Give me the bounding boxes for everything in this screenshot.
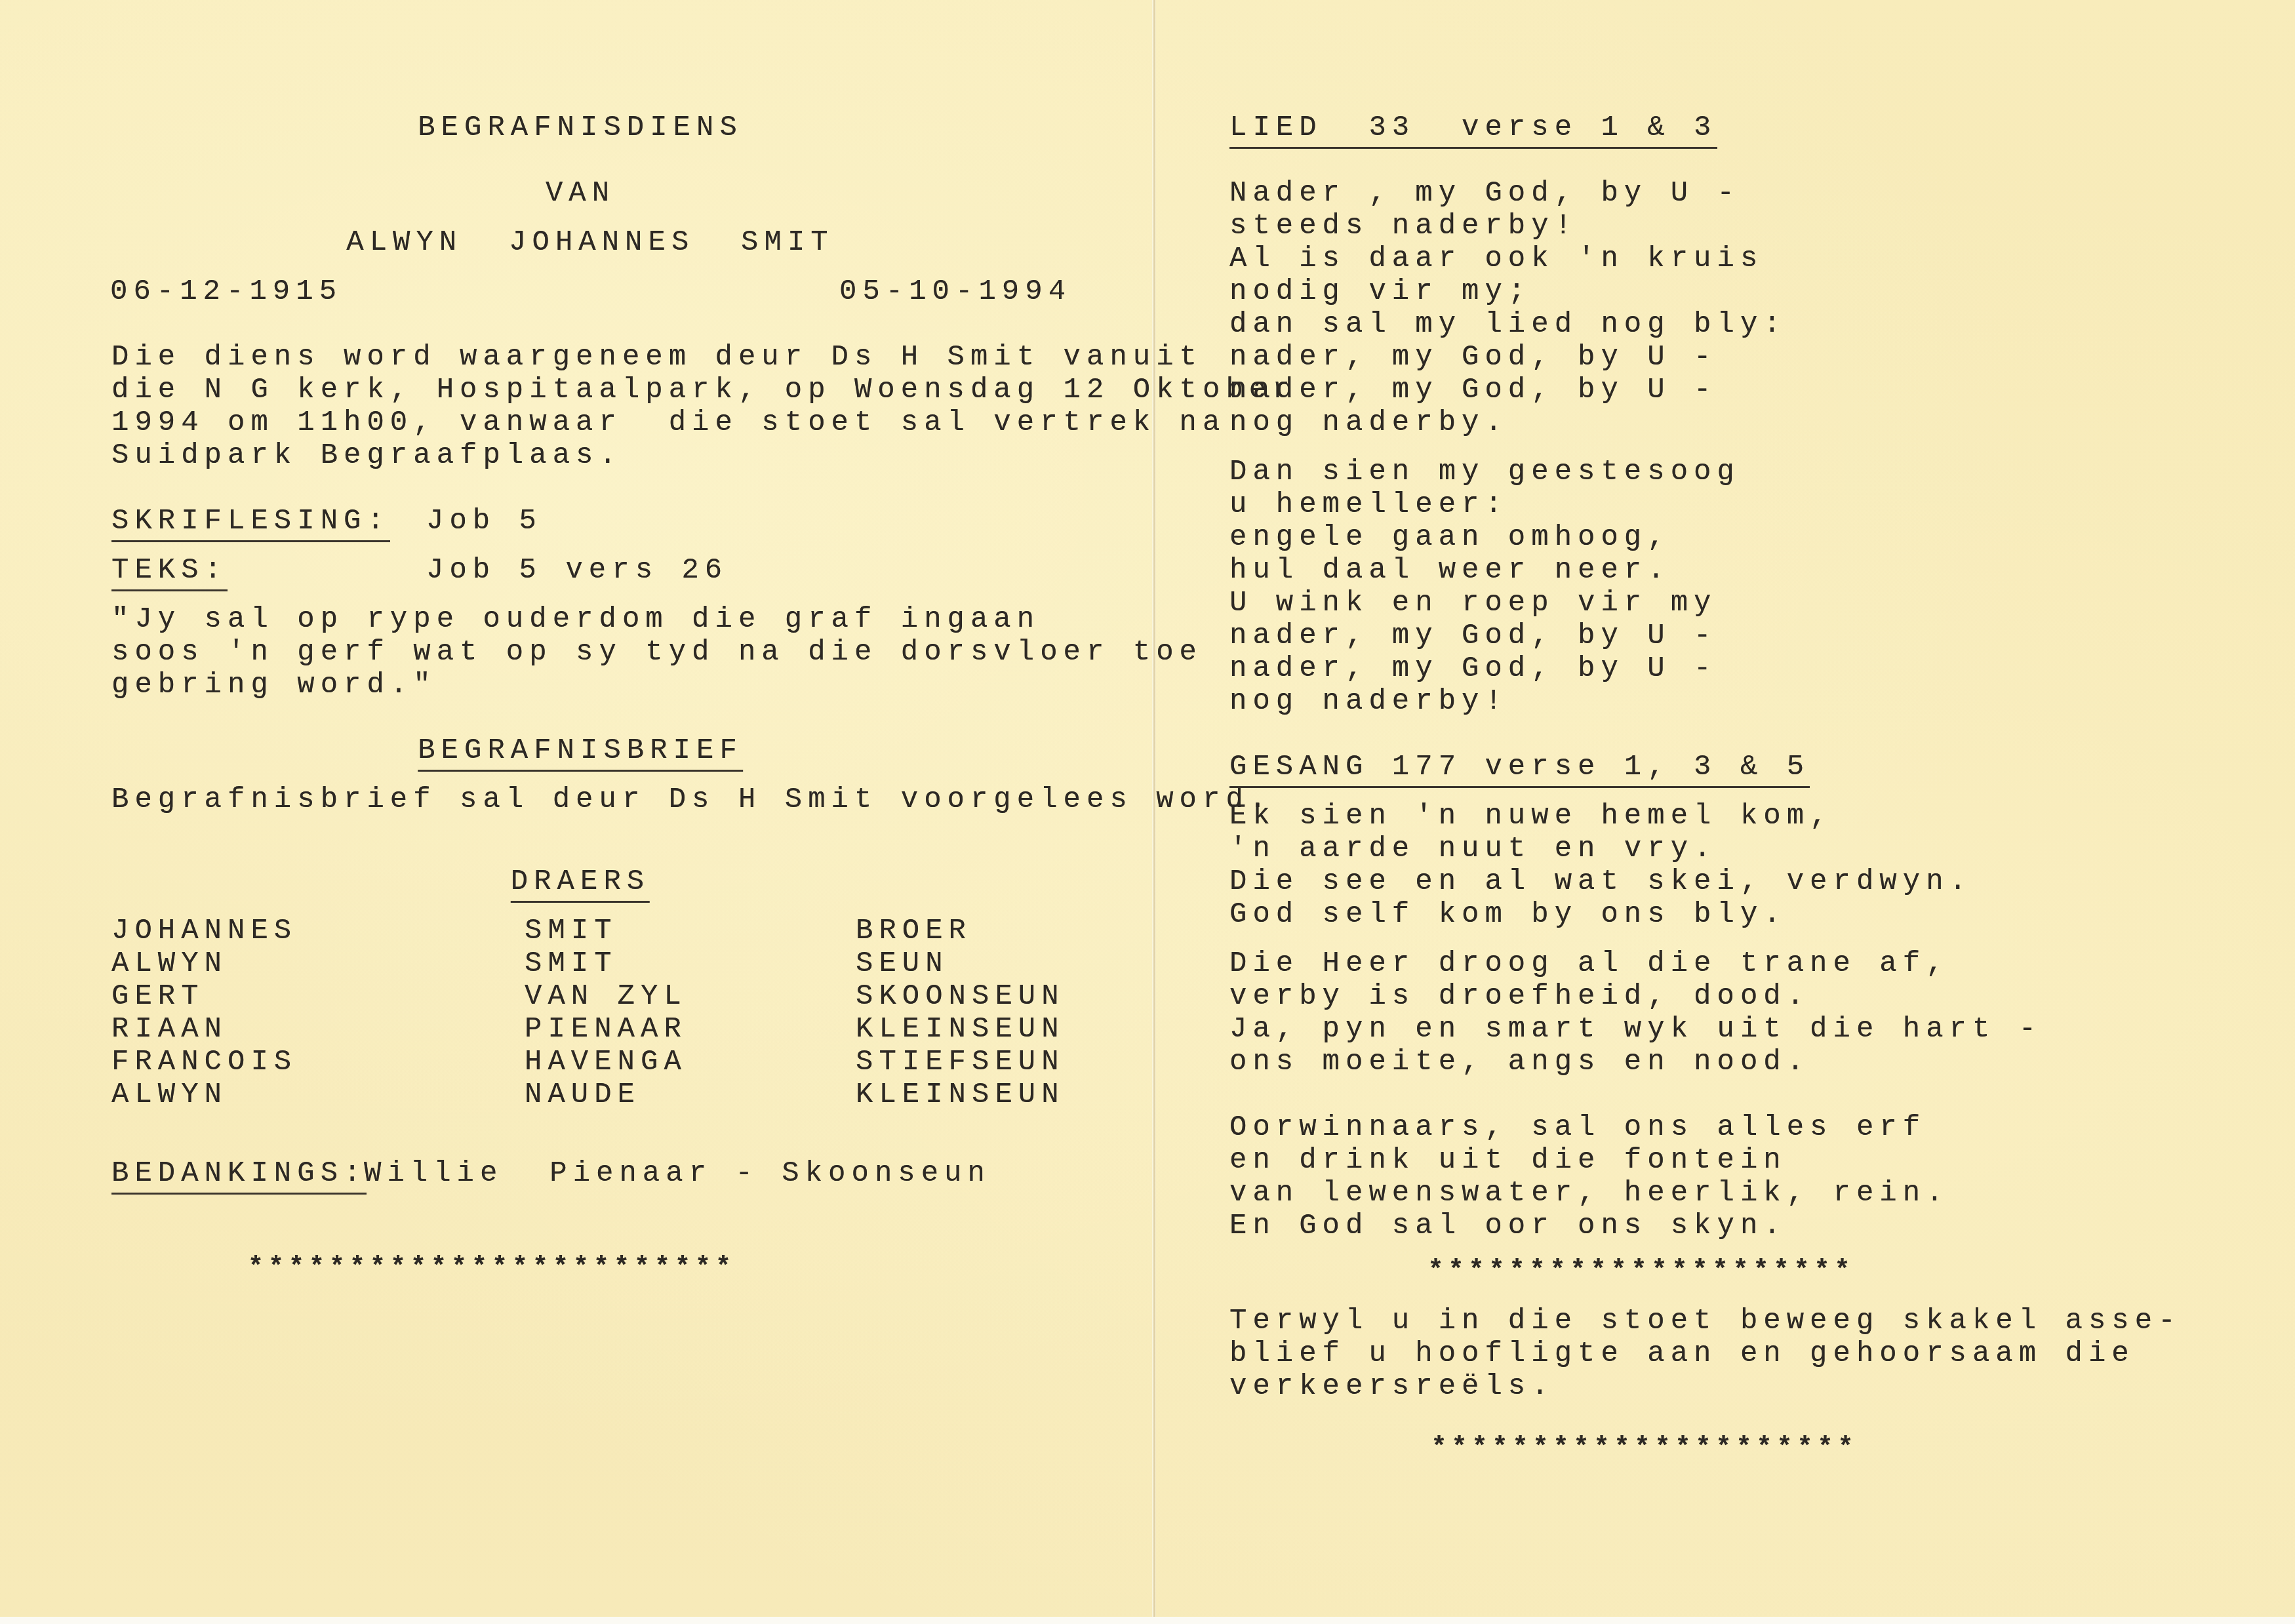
lyric-line: 'n aarde nuut en vry. [1229,833,1717,865]
lyric-line: Nader , my God, by U - [1229,177,1740,210]
program-title: BEGRAFNISDIENS [418,111,743,144]
draers-heading: DRAERS [511,865,650,903]
lyric-line: nader, my God, by U - [1229,652,1717,685]
bedankings-label: BEDANKINGS: [111,1157,367,1195]
deceased-name: ALWYN JOHANNES SMIT [346,226,834,259]
right-page: LIED 33 verse 1 & 3 Nader , my God, by U… [1156,0,2295,1617]
gesang-heading: GESANG 177 verse 1, 3 & 5 [1229,751,1810,788]
lyric-line: hul daal weer neer. [1229,554,1671,587]
lyric-line: engele gaan omhoog, [1229,521,1671,554]
lyric-line: Oorwinnaars, sal ons alles erf [1229,1111,1926,1144]
death-date: 05-10-1994 [839,275,1071,308]
paragraph-line: Die diens word waargeneem deur Ds H Smit… [111,341,1203,374]
lyric-line: Dan sien my geestesoog [1229,456,1740,488]
pallbearer-surname: HAVENGA [525,1046,687,1079]
pallbearer-relation: SKOONSEUN [856,980,1065,1013]
lyric-line: nader, my God, by U - [1229,341,1717,374]
lied-heading: LIED 33 verse 1 & 3 [1229,111,1717,149]
pallbearer-surname: SMIT [525,947,618,980]
lyric-line: Ek sien 'n nuwe hemel kom, [1229,800,1833,833]
pallbearer-relation: KLEINSEUN [856,1013,1065,1046]
van-label: VAN [546,177,615,210]
pallbearer-surname: PIENAAR [525,1013,687,1046]
teks-value: Job 5 vers 26 [426,554,728,587]
pallbearer-first-name: GERT [111,980,205,1013]
lyric-line: en drink uit die fontein [1229,1144,1787,1177]
lyric-line: Die see en al wat skei, verdwyn. [1229,865,1972,898]
lyric-line: nog naderby! [1229,685,1508,718]
skriflesing-label: SKRIFLESING: [111,505,390,542]
lyric-line: Ja, pyn en smart wyk uit die hart - [1229,1013,2042,1046]
paragraph-line: Suidpark Begraafplaas. [111,439,622,472]
note-line: verkeersreëls. [1229,1370,1555,1403]
pallbearer-first-name: ALWYN [111,947,228,980]
lyric-line: Al is daar ook 'n kruis [1229,243,1763,275]
begrafnisbrief-text: Begrafnisbrief sal deur Ds H Smit voorge… [111,783,1272,816]
lyric-line: God self kom by ons bly. [1229,898,1787,931]
lyric-line: ons moeite, angs en nood. [1229,1046,1810,1079]
paragraph-line: 1994 om 11h00, vanwaar die stoet sal ver… [111,406,1226,439]
lyric-line: u hemelleer: [1229,488,1508,521]
lyric-line: steeds naderby! [1229,210,1578,243]
pallbearer-surname: NAUDE [525,1079,641,1111]
lyric-line: dan sal my lied nog bly: [1229,308,1787,341]
bedankings-value: Willie Pienaar - Skoonseun [364,1157,991,1190]
lyric-line: nader, my God, by U - [1229,374,1717,406]
note-line: Terwyl u in die stoet beweeg skakel asse… [1229,1305,2182,1337]
lyric-line: U wink en roep vir my [1229,587,1717,620]
left-page: BEGRAFNISDIENS VAN ALWYN JOHANNES SMIT 0… [0,0,1152,1617]
quote-line: "Jy sal op rype ouderdom die graf ingaan [111,603,1040,636]
skriflesing-value: Job 5 [426,505,542,538]
quote-line: soos 'n gerf wat op sy tyd na die dorsvl… [111,636,1203,669]
pallbearer-relation: KLEINSEUN [856,1079,1065,1111]
pallbearer-surname: SMIT [525,915,618,947]
divider-stars: ********************* [1431,1433,1858,1465]
pallbearer-first-name: ALWYN [111,1079,228,1111]
pallbearer-relation: SEUN [856,947,949,980]
lyric-line: verby is droefheid, dood. [1229,980,1810,1013]
note-line: blief u hoofligte aan en gehoorsaam die [1229,1337,2135,1370]
pallbearer-relation: STIEFSEUN [856,1046,1065,1079]
pallbearer-first-name: RIAAN [111,1013,228,1046]
pallbearer-surname: VAN ZYL [525,980,687,1013]
lyric-line: En God sal oor ons skyn. [1229,1210,1787,1242]
paragraph-line: die N G kerk, Hospitaalpark, op Woensdag… [111,374,1296,406]
lyric-line: van lewenswater, heerlik, rein. [1229,1177,1949,1210]
divider-stars: ********************* [1427,1256,1854,1288]
pallbearer-relation: BROER [856,915,972,947]
divider-stars: ************************ [248,1252,736,1285]
lyric-line: nog naderby. [1229,406,1508,439]
quote-line: gebring word." [111,669,437,702]
lyric-line: Die Heer droog al die trane af, [1229,947,1949,980]
lyric-line: nader, my God, by U - [1229,620,1717,652]
begrafnisbrief-heading: BEGRAFNISBRIEF [418,734,743,772]
pallbearer-first-name: JOHANNES [111,915,297,947]
lyric-line: nodig vir my; [1229,275,1531,308]
birth-date: 06-12-1915 [110,275,342,308]
teks-label: TEKS: [111,554,228,591]
pallbearer-first-name: FRANCOIS [111,1046,297,1079]
